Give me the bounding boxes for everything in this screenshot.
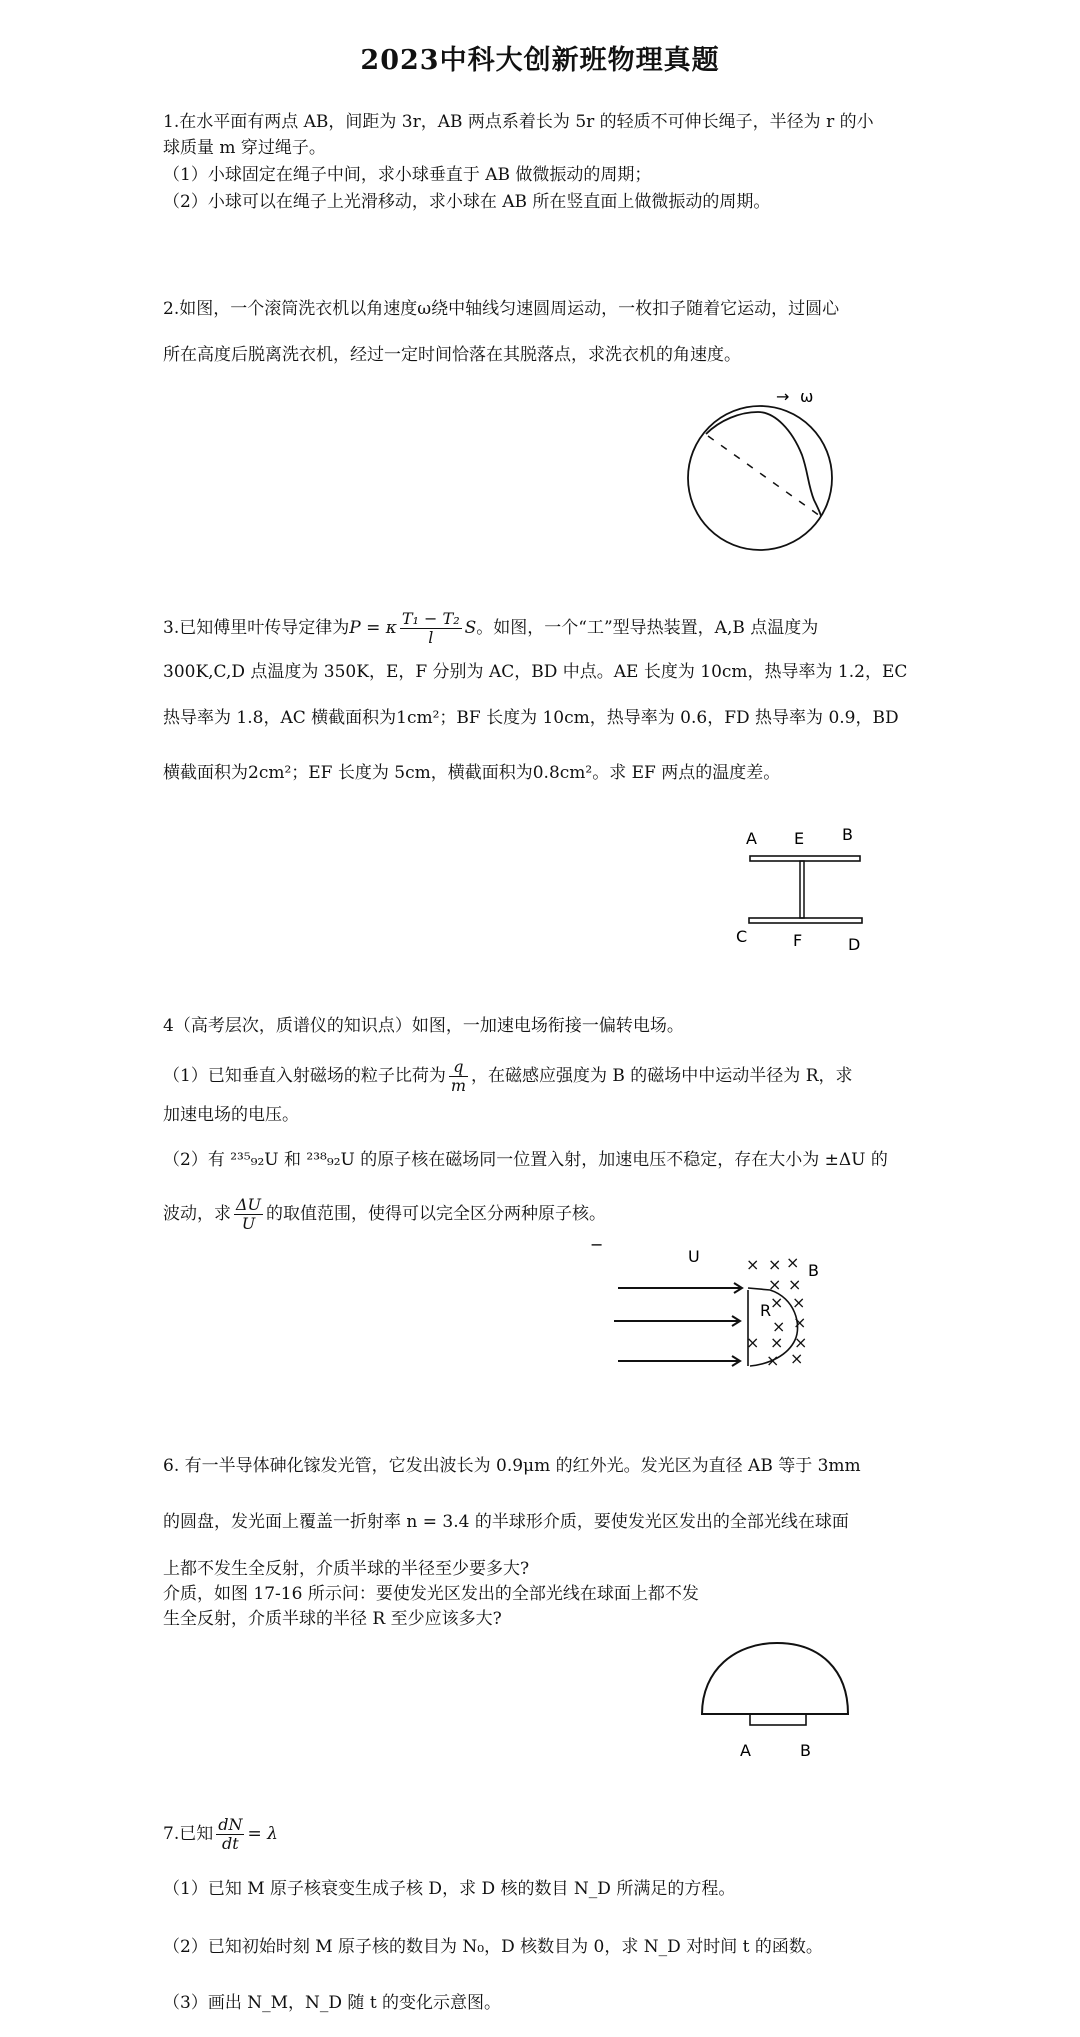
svg-text:×: × xyxy=(746,1255,759,1274)
washing-drum-figure: → ω xyxy=(680,380,860,560)
label-a: A xyxy=(740,1741,751,1760)
q1-sub1: （1）小球固定在绳子中间，求小球垂直于 AB 做微振动的周期； xyxy=(163,163,943,187)
svg-text:×: × xyxy=(766,1351,779,1370)
q1-line2: 球质量 m 穿过绳子。 xyxy=(163,136,943,160)
formula-lhs: P = κ xyxy=(349,618,397,638)
voltage-label: U xyxy=(688,1247,700,1266)
q3-line1: 3.已知傅里叶传导定律为P = κT₁ − T₂lS。如图，一个“工”型导热装置… xyxy=(163,610,943,647)
fraction-denominator: l xyxy=(400,629,462,647)
fraction-denominator: U xyxy=(234,1215,263,1233)
magnetic-field-crosses: ××× ×× ×× ×× ××× ×× xyxy=(746,1253,807,1370)
q7-line1: 7.已知dNdt= λ xyxy=(163,1816,943,1853)
svg-text:×: × xyxy=(770,1333,783,1352)
svg-text:×: × xyxy=(746,1333,759,1352)
rotation-arrow-icon: → xyxy=(776,387,789,406)
voltage-ratio-fraction: ΔUU xyxy=(234,1196,263,1233)
svg-text:×: × xyxy=(768,1255,781,1274)
q7-sub1: （1）已知 M 原子核衰变生成子核 D，求 D 核的数目 N_D 所满足的方程。 xyxy=(163,1877,943,1901)
q6-line2: 的圆盘，发光面上覆盖一折射率 n = 3.4 的半球形介质，要使发光区发出的全部… xyxy=(163,1510,943,1534)
q6-line1: 6. 有一半导体砷化镓发光管，它发出波长为 0.9μm 的红外光。发光区为直径 … xyxy=(163,1454,943,1478)
q7-prefix: 7.已知 xyxy=(163,1824,213,1844)
q7-sub2: （2）已知初始时刻 M 原子核的数目为 N₀，D 核数目为 0，求 N_D 对时… xyxy=(163,1935,943,1959)
q3-line1-suffix: 。如图，一个“工”型导热装置，A,B 点温度为 xyxy=(476,618,818,638)
q3-line4: 横截面积为2cm²；EF 长度为 5cm，横截面积为0.8cm²。求 EF 两点… xyxy=(163,761,943,785)
q4-sub1-prefix: （1）已知垂直入射磁场的粒子比荷为 xyxy=(163,1066,446,1086)
fraction-numerator: dN xyxy=(216,1816,244,1835)
charge-mass-ratio-fraction: qm xyxy=(449,1058,468,1095)
label-e: E xyxy=(794,829,804,848)
q3-line3: 热导率为 1.8，AC 横截面积为1cm²；BF 长度为 10cm，热导率为 0… xyxy=(163,706,943,730)
omega-label: ω xyxy=(800,387,813,406)
q4-sub2-line1: （2）有 ²³⁵₉₂U 和 ²³⁸₉₂U 的原子核在磁场同一位置入射，加速电压不… xyxy=(163,1148,943,1172)
svg-text:×: × xyxy=(793,1313,806,1332)
q1-line1: 1.在水平面有两点 AB，间距为 3r，AB 两点系着长为 5r 的轻质不可伸长… xyxy=(163,110,943,134)
minus-sign: − xyxy=(590,1235,603,1254)
q2-line2: 所在高度后脱离洗衣机，经过一定时间恰落在其脱落点，求洗衣机的角速度。 xyxy=(163,343,943,367)
q7-suffix: = λ xyxy=(247,1824,277,1844)
q4-line1: 4（高考层次，质谱仪的知识点）如图，一加速电场衔接一偏转电场。 xyxy=(163,1014,943,1038)
q7-sub3: （3）画出 N_M，N_D 随 t 的变化示意图。 xyxy=(163,1991,943,2015)
q4-sub1-suffix: ，在磁感应强度为 B 的磁场中中运动半径为 R，求 xyxy=(471,1066,853,1086)
i-shaped-conductor-figure: A E B C F D xyxy=(730,820,890,960)
formula-rhs: S xyxy=(465,618,477,638)
field-label: B xyxy=(808,1261,819,1280)
decay-rate-fraction: dNdt xyxy=(216,1816,244,1853)
svg-text:×: × xyxy=(790,1349,803,1368)
label-b: B xyxy=(842,825,853,844)
radius-label: R xyxy=(760,1301,771,1320)
page-title: 2023中科大创新班物理真题 xyxy=(0,38,1080,77)
q3-line2: 300K,C,D 点温度为 350K，E，F 分别为 AC，BD 中点。AE 长… xyxy=(163,660,943,684)
svg-text:×: × xyxy=(770,1293,783,1312)
svg-text:×: × xyxy=(768,1275,781,1294)
q4-sub1-line2: 加速电场的电压。 xyxy=(163,1103,943,1127)
q4-sub1: （1）已知垂直入射磁场的粒子比荷为qm，在磁感应强度为 B 的磁场中中运动半径为… xyxy=(163,1058,943,1095)
fraction-denominator: m xyxy=(449,1077,468,1095)
label-d: D xyxy=(848,935,860,954)
fraction-numerator: q xyxy=(449,1058,468,1077)
fraction-numerator: ΔU xyxy=(234,1196,263,1215)
q1-sub2: （2）小球可以在绳子上光滑移动，求小球在 AB 所在竖直面上做微振动的周期。 xyxy=(163,190,943,214)
fraction-numerator: T₁ − T₂ xyxy=(400,610,462,629)
q6-line4: 介质，如图 17-16 所示问：要使发光区发出的全部光线在球面上都不发 xyxy=(163,1582,943,1606)
svg-text:×: × xyxy=(786,1253,799,1272)
q3-line1-prefix: 3.已知傅里叶传导定律为 xyxy=(163,618,349,638)
fraction-denominator: dt xyxy=(216,1835,244,1853)
svg-text:×: × xyxy=(788,1275,801,1294)
q4-sub2-line2: 波动，求ΔUU的取值范围，使得可以完全区分两种原子核。 xyxy=(163,1196,943,1233)
label-c: C xyxy=(736,927,747,946)
q4-sub2-prefix: 波动，求 xyxy=(163,1204,231,1224)
svg-text:×: × xyxy=(792,1293,805,1312)
label-f: F xyxy=(793,931,802,950)
q2-line1: 2.如图，一个滚筒洗衣机以角速度ω绕中轴线匀速圆周运动，一枚扣子随着它运动，过圆… xyxy=(163,297,943,321)
mass-spectrometer-figure: − U B ××× ×× ×× ×× ××× ×× R xyxy=(580,1240,860,1410)
label-b: B xyxy=(800,1741,811,1760)
hemisphere-led-figure: A B xyxy=(690,1640,890,1790)
q4-sub2-suffix: 的取值范围，使得可以完全区分两种原子核。 xyxy=(266,1204,606,1224)
label-a: A xyxy=(746,829,757,848)
fourier-fraction: T₁ − T₂l xyxy=(400,610,462,647)
q6-line5: 生全反射，介质半球的半径 R 至少应该多大? xyxy=(163,1607,943,1631)
q6-line3: 上都不发生全反射，介质半球的半径至少要多大? xyxy=(163,1557,943,1581)
